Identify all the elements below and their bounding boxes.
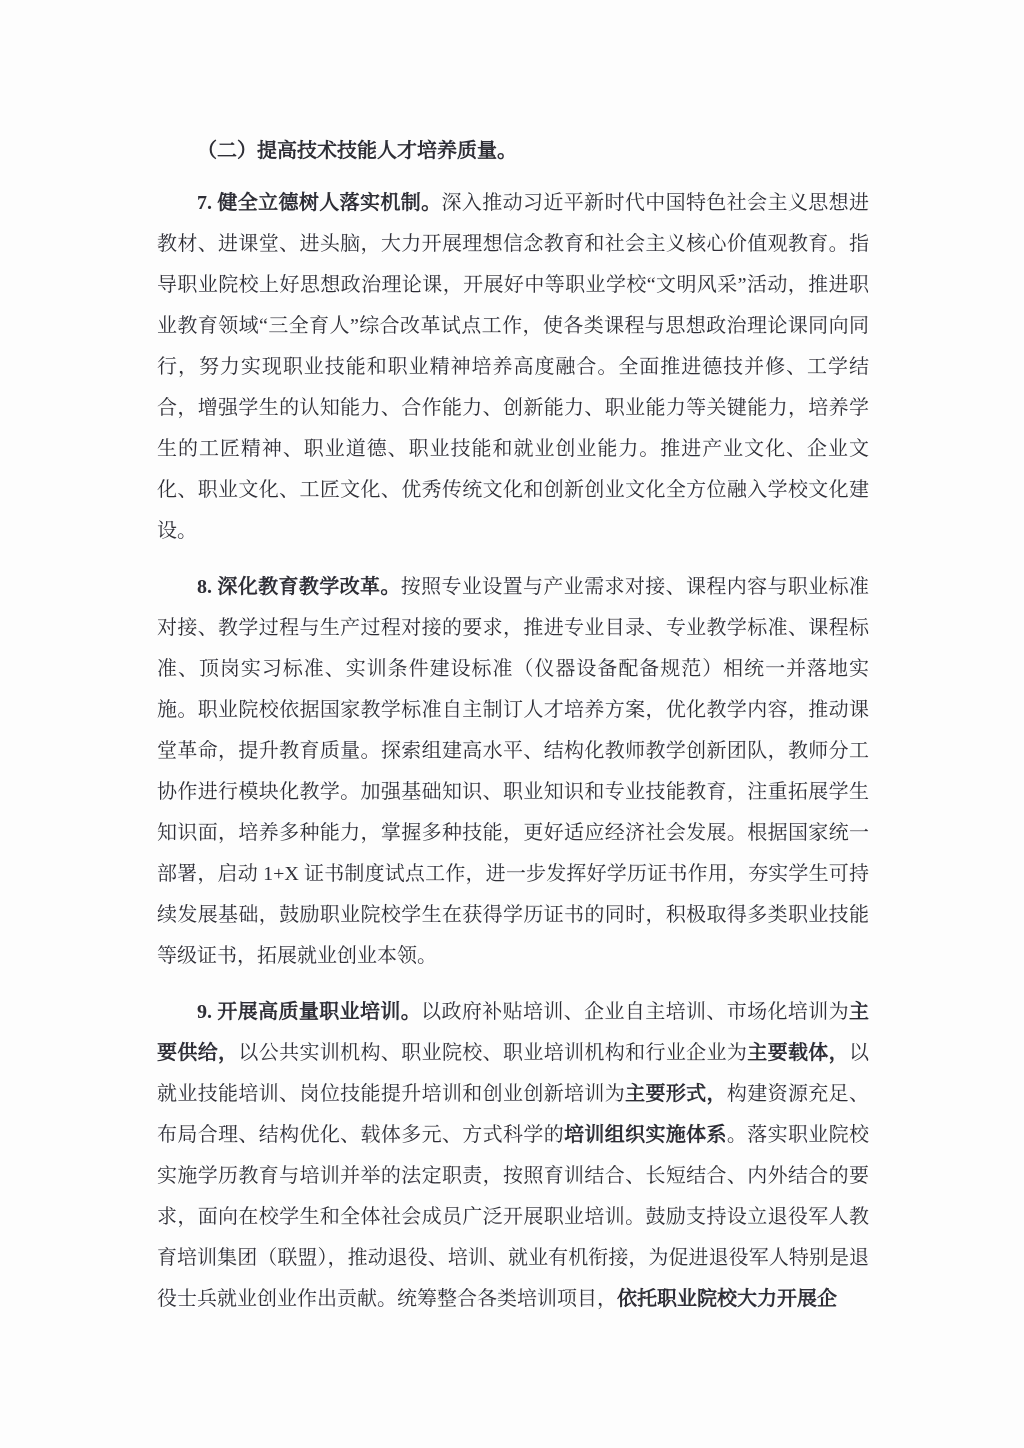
paragraph: 8. 深化教育教学改革。按照专业设置与产业需求对接、课程内容与职业标准对接、教学… (157, 567, 869, 977)
text-run: 。落实职业院校实施学历教育与培训并举的法定职责，按照育训结合、长短结合、内外结合… (157, 1124, 869, 1310)
paragraphs-container: 7. 健全立德树人落实机制。深入推动习近平新时代中国特色社会主义思想进教材、进课… (157, 183, 869, 1320)
paragraph: 9. 开展高质量职业培训。以政府补贴培训、企业自主培训、市场化培训为主要供给，以… (157, 992, 869, 1320)
bold-text-run: 培训组织实施体系 (564, 1124, 727, 1146)
text-run: 按照专业设置与产业需求对接、课程内容与职业标准对接、教学过程与生产过程对接的要求… (157, 576, 869, 967)
text-run: 深入推动习近平新时代中国特色社会主义思想进教材、进课堂、进头脑，大力开展理想信念… (157, 192, 869, 542)
text-run: 以公共实训机构、职业院校、职业培训机构和行业企业为 (238, 1042, 747, 1064)
bold-text-run: 8. 深化教育教学改革。 (197, 576, 401, 598)
bold-text-run: 9. 开展高质量职业培训。 (197, 1001, 421, 1023)
bold-text-run: 主要形式， (625, 1083, 727, 1105)
bold-text-run: 7. 健全立德树人落实机制。 (197, 192, 442, 214)
bold-text-run: 主要载体， (747, 1042, 849, 1064)
section-heading: （二）提高技术技能人才培养质量。 (157, 131, 869, 172)
text-run: 以政府补贴培训、企业自主培训、市场化培训为 (421, 1001, 849, 1023)
document-page: （二）提高技术技能人才培养质量。 7. 健全立德树人落实机制。深入推动习近平新时… (0, 0, 1024, 1448)
document-body: （二）提高技术技能人才培养质量。 7. 健全立德树人落实机制。深入推动习近平新时… (157, 131, 869, 1335)
bold-text-run: 依托职业院校大力开展企 (617, 1288, 837, 1310)
paragraph: 7. 健全立德树人落实机制。深入推动习近平新时代中国特色社会主义思想进教材、进课… (157, 183, 869, 552)
